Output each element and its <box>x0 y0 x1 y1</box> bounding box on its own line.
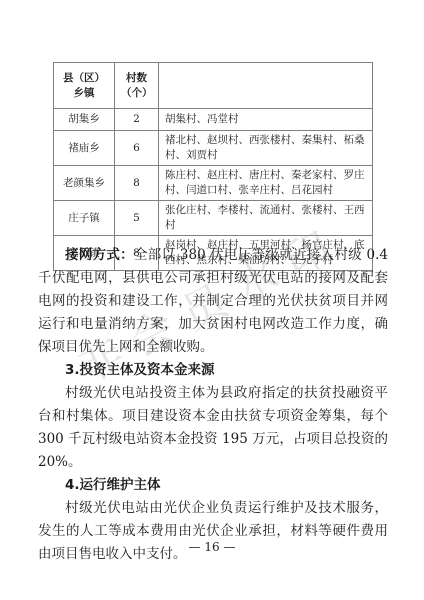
paragraph-grid-connection: 接网方式：全部以 380 伏电压等级就近接入村级 0.4 千伏配电网，县供电公司… <box>38 244 388 359</box>
paragraph-investment-source: 村级光伏电站投资主体为县政府指定的扶贫投融资平台和村集体。项目建设资本金由扶贫专… <box>38 382 388 474</box>
heading-investment-source: 3.投资主体及资本金来源 <box>38 359 388 382</box>
count-cell: 2 <box>115 109 159 131</box>
table-header-row: 县（区）乡镇 村数（个） <box>54 63 373 109</box>
count-cell: 8 <box>115 166 159 201</box>
count-cell: 5 <box>115 201 159 236</box>
town-cell: 庄子镇 <box>54 201 115 236</box>
village-table: 县（区）乡镇 村数（个） 胡集乡 2 胡集村、冯堂村 褚庙乡 6 褚北村、赵坝村… <box>53 62 373 271</box>
document-page: 县（区）乡镇 村数（个） 胡集乡 2 胡集村、冯堂村 褚庙乡 6 褚北村、赵坝村… <box>0 0 424 600</box>
paragraph-grid-connection-text: 全部以 380 伏电压等级就近接入村级 0.4 千伏配电网，县供电公司承担村级光… <box>38 247 388 355</box>
count-cell: 6 <box>115 131 159 166</box>
paragraph-maintenance: 村级光伏电站由光伏企业负责运行维护及技术服务，发生的人工等成本费用由光伏企业承担… <box>38 497 388 566</box>
villages-cell: 胡集村、冯堂村 <box>159 109 373 131</box>
table-row: 胡集乡 2 胡集村、冯堂村 <box>54 109 373 131</box>
heading-maintenance: 4.运行维护主体 <box>38 474 388 497</box>
town-cell: 胡集乡 <box>54 109 115 131</box>
table-row: 老颜集乡 8 陈庄村、赵庄村、唐庄村、秦老家村、罗庄村、闫道口村、张辛庄村、吕花… <box>54 166 373 201</box>
paragraph-grid-connection-lead: 接网方式： <box>65 247 134 263</box>
table-header-villages <box>159 63 373 109</box>
villages-cell: 褚北村、赵坝村、西张楼村、秦集村、柘桑村、刘贾村 <box>159 131 373 166</box>
town-cell: 老颜集乡 <box>54 166 115 201</box>
table-row: 庄子镇 5 张化庄村、李楼村、流通村、张楼村、王西村 <box>54 201 373 236</box>
table-row: 褚庙乡 6 褚北村、赵坝村、西张楼村、秦集村、柘桑村、刘贾村 <box>54 131 373 166</box>
document-body: 接网方式：全部以 380 伏电压等级就近接入村级 0.4 千伏配电网，县供电公司… <box>38 244 388 566</box>
town-cell: 褚庙乡 <box>54 131 115 166</box>
table-header-town: 县（区）乡镇 <box>54 63 115 109</box>
table-header-count: 村数（个） <box>115 63 159 109</box>
villages-cell: 陈庄村、赵庄村、唐庄村、秦老家村、罗庄村、闫道口村、张辛庄村、吕花园村 <box>159 166 373 201</box>
page-number: — 16 — <box>0 540 424 554</box>
villages-cell: 张化庄村、李楼村、流通村、张楼村、王西村 <box>159 201 373 236</box>
